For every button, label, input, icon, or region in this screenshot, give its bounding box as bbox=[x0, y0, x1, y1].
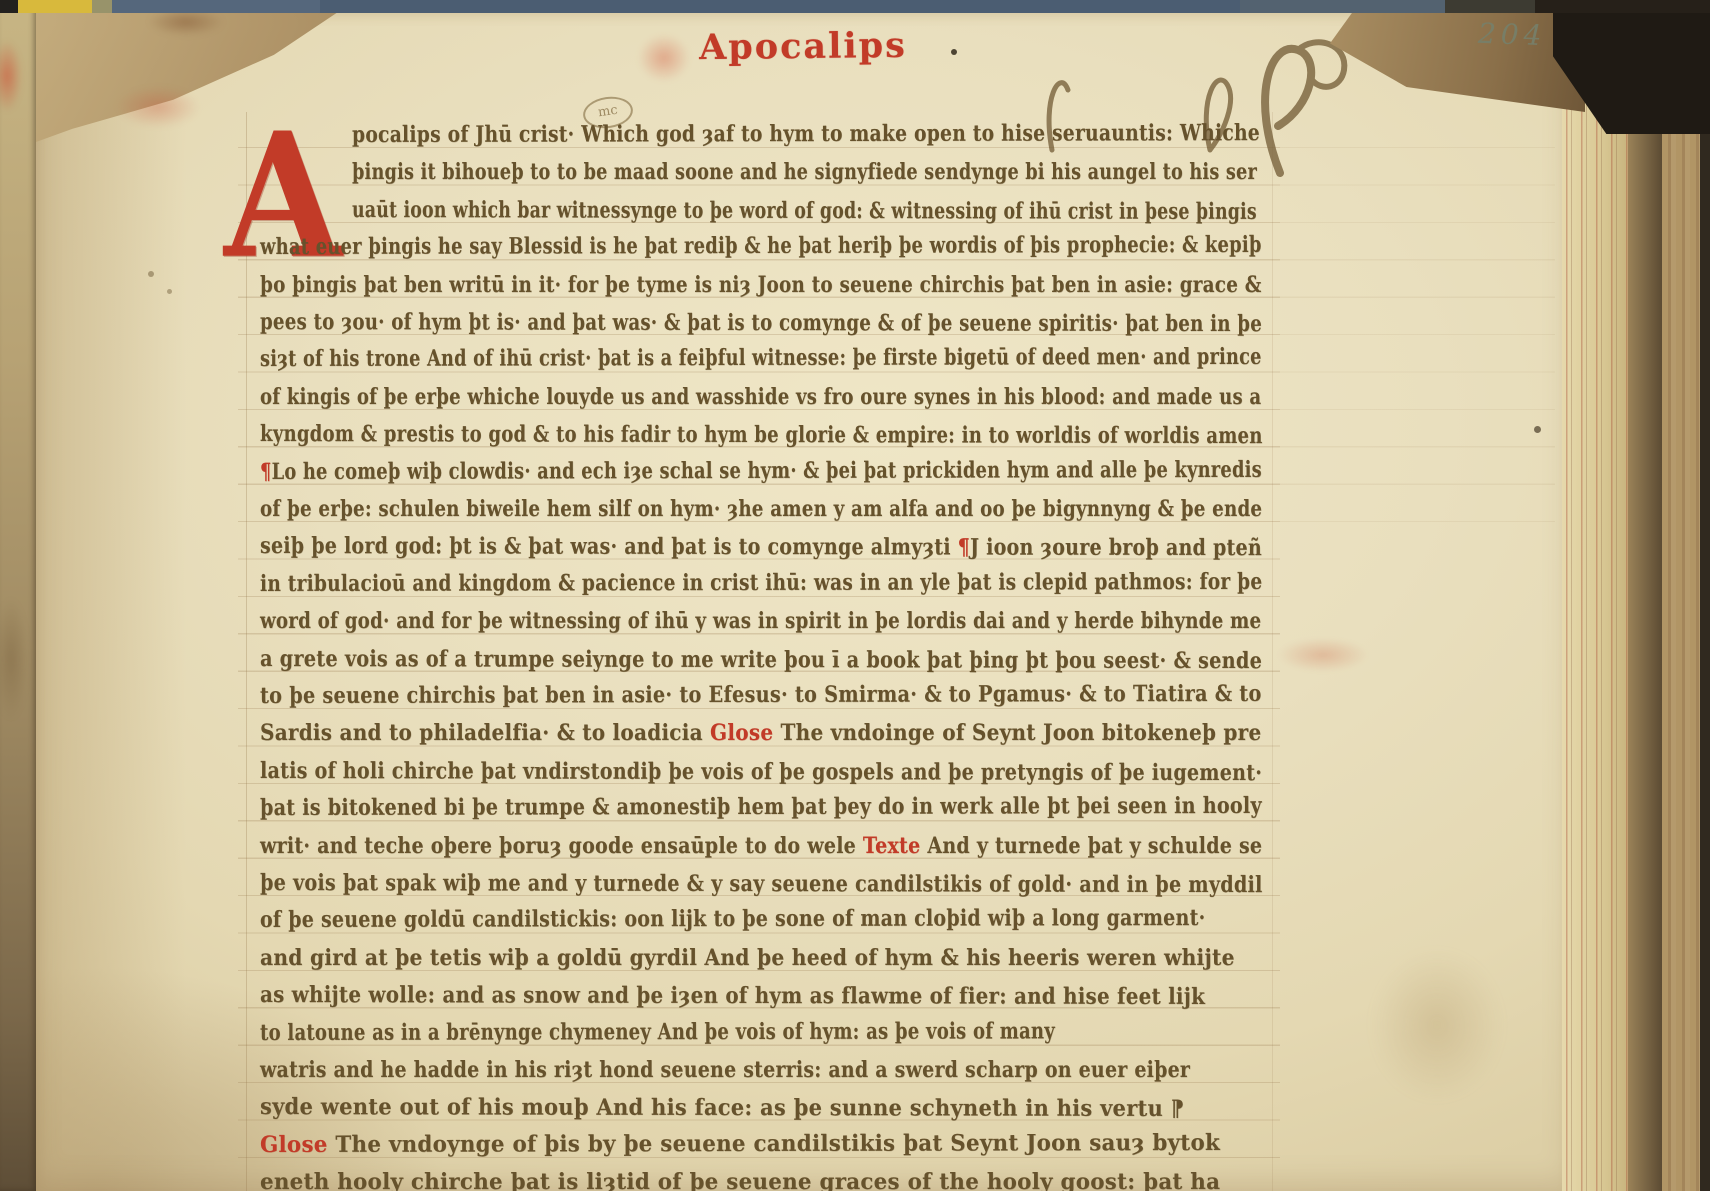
text-line: þo þingis þat ben writū in it· for þe ty… bbox=[260, 272, 1262, 298]
line-text: The vndoynge of þis by þe seuene candils… bbox=[328, 1130, 1220, 1158]
line-text: siȝt of his trone And of ihū crist· þat … bbox=[260, 344, 1262, 372]
text-line: of kingis of þe erþe whiche louyde us an… bbox=[260, 384, 1261, 410]
text-line: pocalips of Jhū crist· Which god ȝaf to … bbox=[352, 120, 1260, 148]
text-line: pees to ȝou· of hym þt is· and þat was· … bbox=[260, 309, 1262, 337]
background-edge bbox=[1700, 0, 1710, 1191]
manuscript-photo: Apocalips 204 A mc pocalips of Jhū crist… bbox=[0, 0, 1710, 1191]
faint-marginalia bbox=[1278, 638, 1368, 672]
line-text: uaūt ioon which bar witnessynge to þe wo… bbox=[352, 197, 1257, 225]
fore-edge-stack bbox=[1662, 60, 1700, 1191]
text-line: seiþ þe lord god: þt is & þat was· and þ… bbox=[260, 533, 1262, 561]
line-text: of kingis of þe erþe whiche louyde us an… bbox=[260, 384, 1261, 410]
line-text: þe vois þat spak wiþ me and y turnede & … bbox=[260, 870, 1263, 898]
line-text: þo þingis þat ben writū in it· for þe ty… bbox=[260, 272, 1262, 298]
line-text: writ· and teche oþere þoruȝ goode ensaūp… bbox=[260, 833, 863, 859]
line-text: what euer þingis he say Blessid is he þa… bbox=[260, 232, 1262, 260]
line-text: as whijte wolle: and as snow and þe iȝen… bbox=[260, 982, 1205, 1010]
line-text: kyngdom & prestis to god & to his fadir … bbox=[260, 421, 1263, 449]
text-line: þat is bitokened bi þe trumpe & amonesti… bbox=[260, 793, 1262, 821]
line-text: a grete vois as of a trumpe seiynge to m… bbox=[260, 646, 1262, 674]
text-line: Sardis and to philadelfia· & to loadicia… bbox=[260, 720, 1261, 746]
line-text: Sardis and to philadelfia· & to loadicia bbox=[260, 720, 710, 746]
parchment-stain bbox=[1372, 950, 1502, 1100]
text-line: kyngdom & prestis to god & to his fadir … bbox=[260, 421, 1263, 449]
text-line: ¶Lo he comeþ wiþ clowdis· and ech iȝe sc… bbox=[260, 457, 1262, 485]
text-line: as whijte wolle: and as snow and þe iȝen… bbox=[260, 982, 1205, 1010]
text-line: and gird at þe tetis wiþ a goldū gyrdil … bbox=[260, 945, 1235, 971]
fore-edge-shadow bbox=[1628, 70, 1662, 1191]
folio-number: 204 bbox=[1477, 17, 1547, 52]
text-line: þingis it bihoueþ to to be maad soone an… bbox=[352, 159, 1257, 185]
line-text: watris and he hadde in his riȝt hond seu… bbox=[260, 1057, 1190, 1083]
line-text: to þe seuene chirchis þat ben in asie· t… bbox=[260, 681, 1262, 709]
line-text: þingis it bihoueþ to to be maad soone an… bbox=[352, 159, 1257, 185]
red-smudge bbox=[116, 86, 200, 128]
line-text: latis of holi chirche þat vndirstondiþ þ… bbox=[260, 758, 1262, 786]
line-text: to latoune as in a brēnynge chymeney And… bbox=[260, 1018, 1055, 1046]
text-line: word of god· and for þe witnessing of ih… bbox=[260, 608, 1261, 634]
text-line: eneth hooly chirche þat is liȝtid of þe … bbox=[260, 1169, 1220, 1191]
line-text: of þe seuene goldū candilstickis: oon li… bbox=[260, 905, 1206, 933]
text-line: what euer þingis he say Blessid is he þa… bbox=[260, 232, 1262, 260]
text-line: Glose The vndoynge of þis by þe seuene c… bbox=[260, 1130, 1220, 1158]
text-line: to latoune as in a brēnynge chymeney And… bbox=[260, 1018, 1055, 1046]
ink-dot bbox=[148, 271, 154, 277]
rubric-text: ¶ bbox=[958, 534, 970, 560]
rubric-text: Texte bbox=[863, 833, 921, 859]
line-text: And y turnede þat y schulde se bbox=[920, 833, 1262, 859]
rubric-text: Glose bbox=[260, 1132, 328, 1158]
text-line: þe vois þat spak wiþ me and y turnede & … bbox=[260, 870, 1263, 898]
line-text: J ioon ȝoure broþ and pteñ bbox=[970, 534, 1262, 561]
text-line: to þe seuene chirchis þat ben in asie· t… bbox=[260, 681, 1262, 709]
text-line: of þe erþe: schulen biweile hem silf on … bbox=[260, 496, 1262, 522]
line-text: syde wente out of his mouþ And his face:… bbox=[260, 1094, 1184, 1122]
fore-edge-pages bbox=[1562, 86, 1628, 1191]
text-line: in tribulacioū and kingdom & pacience in… bbox=[260, 569, 1262, 597]
line-text: word of god· and for þe witnessing of ih… bbox=[260, 608, 1261, 634]
line-text: of þe erþe: schulen biweile hem silf on … bbox=[260, 496, 1262, 522]
line-text: þat is bitokened bi þe trumpe & amonesti… bbox=[260, 793, 1262, 821]
ink-dot bbox=[951, 49, 957, 55]
line-text: seiþ þe lord god: þt is & þat was· and þ… bbox=[260, 533, 958, 560]
line-text: Lo he comeþ wiþ clowdis· and ech iȝe sch… bbox=[272, 457, 1262, 485]
red-smudge bbox=[638, 34, 690, 82]
line-text: pocalips of Jhū crist· Which god ȝaf to … bbox=[352, 120, 1260, 148]
ink-dot bbox=[1534, 426, 1541, 433]
red-smudge bbox=[0, 40, 22, 112]
text-line: siȝt of his trone And of ihū crist· þat … bbox=[260, 344, 1262, 372]
text-line: a grete vois as of a trumpe seiynge to m… bbox=[260, 646, 1262, 674]
text-line: watris and he hadde in his riȝt hond seu… bbox=[260, 1057, 1190, 1083]
text-line: of þe seuene goldū candilstickis: oon li… bbox=[260, 905, 1206, 933]
rubric-text: Glose bbox=[710, 720, 773, 746]
line-text: eneth hooly chirche þat is liȝtid of þe … bbox=[260, 1169, 1220, 1191]
ink-dot bbox=[167, 289, 172, 294]
text-line: latis of holi chirche þat vndirstondiþ þ… bbox=[260, 758, 1262, 786]
margin-smudge bbox=[0, 598, 28, 720]
text-line: uaūt ioon which bar witnessynge to þe wo… bbox=[352, 197, 1257, 225]
text-line: writ· and teche oþere þoruȝ goode ensaūp… bbox=[260, 833, 1262, 859]
line-text: in tribulacioū and kingdom & pacience in… bbox=[260, 569, 1262, 597]
text-line: syde wente out of his mouþ And his face:… bbox=[260, 1094, 1184, 1122]
rubric-text: ¶ bbox=[260, 459, 272, 485]
photo-top-strip bbox=[0, 0, 1710, 13]
line-text: and gird at þe tetis wiþ a goldū gyrdil … bbox=[260, 945, 1235, 971]
line-text: The vndoinge of Seynt Joon bitokeneþ pre bbox=[773, 720, 1261, 746]
line-text: pees to ȝou· of hym þt is· and þat was· … bbox=[260, 309, 1262, 337]
